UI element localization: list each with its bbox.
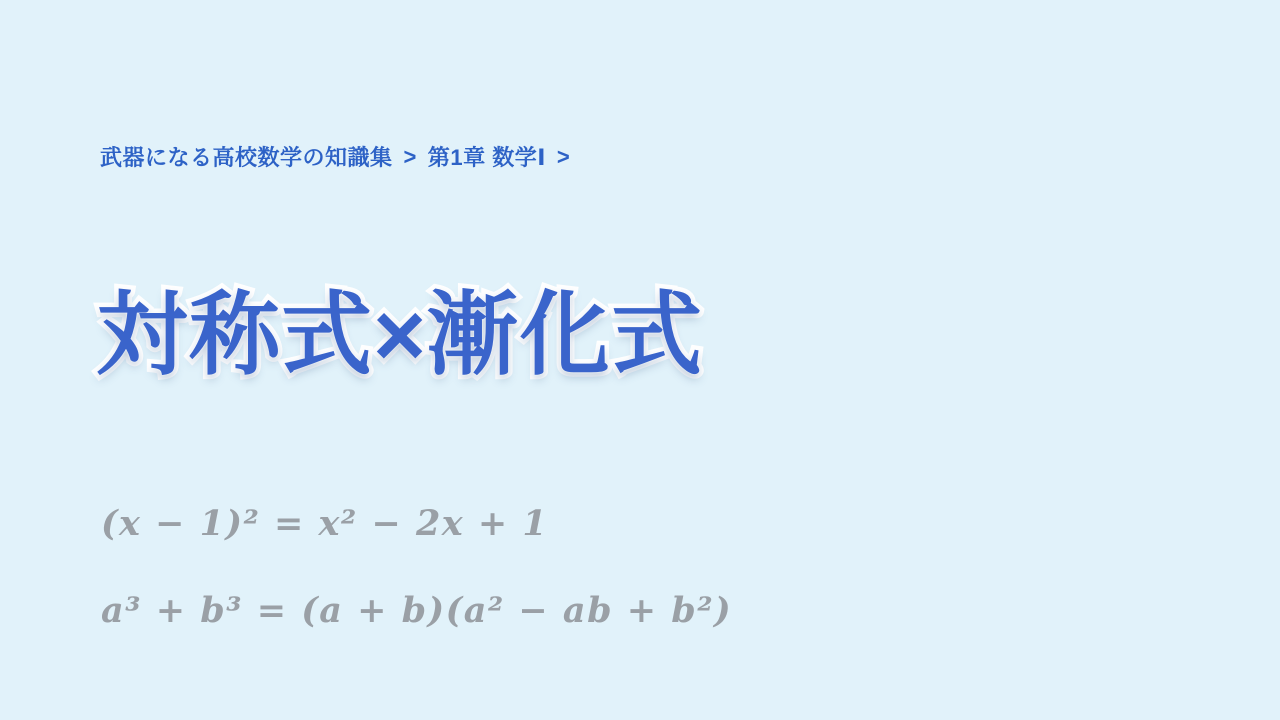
page-title: 対称式×漸化式 <box>97 286 703 386</box>
breadcrumb-item-chapter[interactable]: 第1章 数学Ⅰ <box>428 141 546 172</box>
breadcrumb: 武器になる高校数学の知識集 > 第1章 数学Ⅰ > <box>100 141 581 172</box>
breadcrumb-separator: > <box>404 143 417 170</box>
breadcrumb-separator: > <box>557 143 570 170</box>
breadcrumb-item-site-home[interactable]: 武器になる高校数学の知識集 <box>100 141 393 172</box>
formula-line: (x − 1)² = x² − 2x + 1 <box>101 503 548 544</box>
formula-line: a³ + b³ = (a + b)(a² − ab + b²) <box>101 590 732 631</box>
